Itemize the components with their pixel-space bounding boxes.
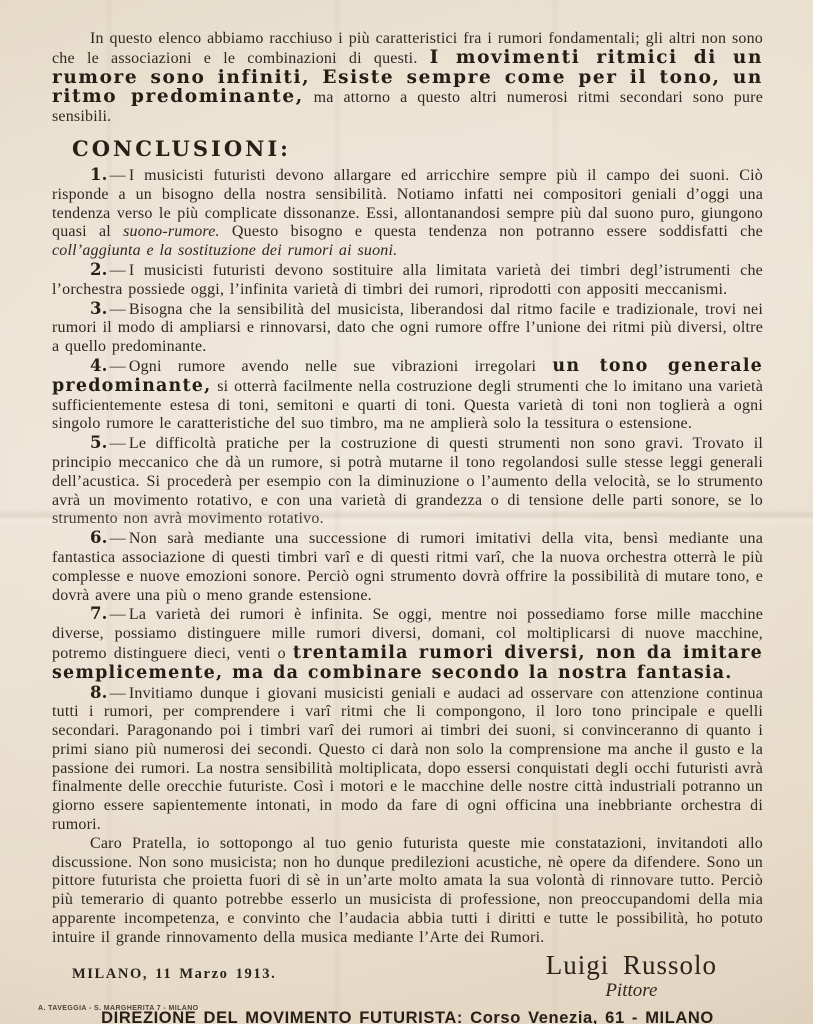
document-footer: MILANO, 11 Marzo 1913. Luigi Russolo Pit… (52, 950, 763, 1024)
em-dash: — (108, 530, 129, 547)
item-number: 6. (90, 528, 108, 547)
conclusions-heading: CONCLUSIONI: (72, 136, 763, 161)
item-text: Bisogna che la sensibilità del musicista… (52, 301, 763, 356)
dateline: MILANO, 11 Marzo 1913. (72, 966, 276, 983)
signature-name: Luigi Russolo (546, 950, 717, 981)
conclusion-item-1: 1.—I musicisti futuristi devono allargar… (52, 166, 763, 261)
closing-paragraph: Caro Pratella, io sottopongo al tuo geni… (52, 835, 763, 948)
item-number: 8. (90, 683, 108, 702)
item-text: Questo bisogno e questa tendenza non pot… (220, 223, 763, 240)
em-dash: — (108, 606, 129, 623)
em-dash: — (108, 358, 129, 375)
em-dash: — (108, 262, 129, 279)
conclusion-item-2: 2.—I musicisti futuristi devono sostitui… (52, 261, 763, 300)
conclusion-item-8: 8.—Invitiamo dunque i giovani musicisti … (52, 684, 763, 835)
item-number: 4. (90, 356, 108, 375)
intro-paragraph: In questo elenco abbiamo racchiuso i più… (52, 30, 763, 127)
manifesto-page: In questo elenco abbiamo racchiuso i più… (0, 0, 813, 1024)
item-number: 3. (90, 299, 108, 318)
date-signature-row: MILANO, 11 Marzo 1913. Luigi Russolo Pit… (52, 950, 763, 1002)
conclusion-item-7: 7.—La varietà dei rumori è infinita. Se … (52, 605, 763, 683)
em-dash: — (108, 301, 129, 318)
item-number: 1. (90, 165, 108, 184)
item-italic-phrase: suono-rumore. (123, 223, 220, 240)
printer-imprint: A. TAVEGGIA - S. MARGHERITA 7 - MILANO (38, 1005, 199, 1012)
conclusion-item-4: 4.—Ogni rumore avendo nelle sue vibrazio… (52, 357, 763, 434)
em-dash: — (108, 167, 129, 184)
item-text: I musicisti futuristi devono sostituire … (52, 262, 763, 298)
item-text: Le difficoltà pratiche per la costruzion… (52, 435, 763, 527)
item-number: 2. (90, 260, 108, 279)
conclusion-item-3: 3.—Bisogna che la sensibilità del musici… (52, 300, 763, 357)
em-dash: — (108, 435, 129, 452)
item-text: Ogni rumore avendo nelle sue vibrazioni … (129, 358, 553, 375)
item-number: 5. (90, 433, 108, 452)
item-italic-phrase: coll’aggiunta e la sostituzione dei rumo… (52, 242, 397, 259)
item-text: Invitiamo dunque i giovani musicisti gen… (52, 685, 763, 834)
signature-role: Pittore (546, 980, 717, 1002)
item-number: 7. (90, 604, 108, 623)
item-text: Non sarà mediante una successione di rum… (52, 530, 763, 603)
conclusion-item-5: 5.—Le difficoltà pratiche per la costruz… (52, 434, 763, 529)
signature-block: Luigi Russolo Pittore (546, 950, 717, 1002)
em-dash: — (108, 685, 129, 702)
conclusion-item-6: 6.—Non sarà mediante una successione di … (52, 529, 763, 605)
